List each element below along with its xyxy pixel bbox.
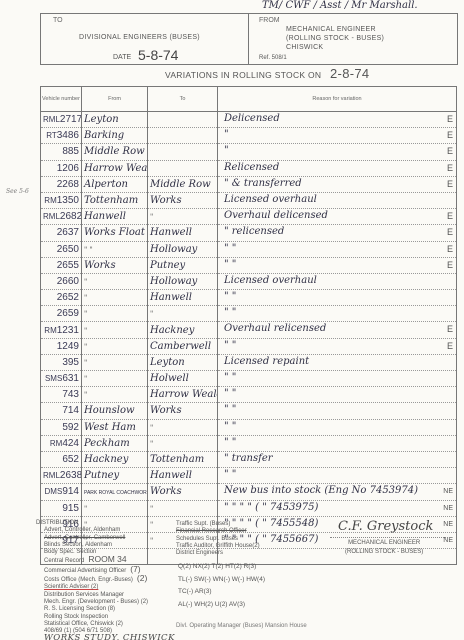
variation-code: E	[447, 179, 453, 189]
from-cell: Middle Row	[82, 144, 148, 160]
distribution-item: Traffic Auditor, Griffith House(2)	[176, 543, 260, 550]
reason-text: Licensed overhaul	[224, 194, 317, 205]
table-row: DMS914PARK ROYAL COACHWORKSWorksNew bus …	[41, 484, 457, 500]
reason-cell: " " " " ( " 7453975)NE	[218, 500, 457, 516]
variation-code: E	[447, 211, 453, 221]
from-cell: "	[82, 371, 148, 387]
table-row: RT3486Barking"E	[41, 128, 457, 144]
from-location: "	[84, 310, 87, 318]
reason-cell: " "	[218, 419, 457, 435]
variation-code: E	[447, 341, 453, 351]
from-line: MECHANICAL ENGINEER	[286, 25, 384, 34]
distribution-item-text: Commercial Advertising Officer	[44, 568, 126, 574]
vehicle-number-cell: SMS631	[41, 371, 82, 387]
distribution-item: Financial Research Officer	[176, 528, 260, 535]
distribution-item: Costs Office (Mech. Engr.-Buses)(2)	[36, 575, 175, 584]
from-cell: Works Float	[82, 225, 148, 241]
from-location: West Ham	[84, 422, 136, 433]
table-row: RM1231"HackneyOverhaul relicensedE	[41, 322, 457, 338]
distribution-item-text: Costs Office (Mech. Engr.-Buses)	[44, 577, 133, 583]
from-sender: MECHANICAL ENGINEER (ROLLING STOCK - BUS…	[286, 25, 384, 52]
variation-code: NE	[443, 488, 453, 495]
vehicle-fleet-number: 2652	[57, 292, 79, 303]
from-location: Works Float	[84, 227, 145, 238]
reason-cell: " "E	[218, 338, 457, 354]
to-location: Holwell	[150, 373, 189, 384]
vehicle-class: RM	[50, 439, 62, 448]
table-row: 2660"HollowayLicensed overhaul	[41, 273, 457, 289]
vehicle-class: DMS	[45, 487, 63, 496]
distribution-item-text: Distribution Services Manager	[44, 592, 124, 598]
vehicle-number-cell: 395	[41, 354, 82, 370]
distribution-item-text: Traffic Supt. (Buses)	[176, 521, 230, 527]
from-location: Works	[84, 260, 116, 271]
vehicle-fleet-number: 915	[62, 503, 79, 514]
to-location: Putney	[150, 260, 185, 271]
reason-text: New bus into stock (Eng No 7453974)	[224, 485, 418, 496]
distribution-right-items: Traffic Supt. (Buses)Financial Research …	[176, 521, 260, 557]
from-cell: Putney	[82, 468, 148, 484]
table-row: 395"LeytonLicensed repaint	[41, 354, 457, 370]
to-cell: Holwell	[148, 371, 218, 387]
distribution-item: Statistical Office, Chiswick (2)	[36, 621, 175, 628]
distribution-item-text: District Engineers	[176, 550, 223, 556]
variation-code: E	[447, 146, 453, 156]
to-cell: Leyton	[148, 354, 218, 370]
reason-cell: RelicensedE	[218, 160, 457, 176]
from-location: Alperton	[84, 179, 128, 190]
table-row: RM424Peckham"" "	[41, 435, 457, 451]
reason-cell: Licensed overhaul	[218, 192, 457, 208]
vehicle-fleet-number: 631	[62, 373, 79, 384]
header-from: From	[82, 87, 148, 112]
from-location: "	[84, 327, 87, 335]
from-line: CHISWICK	[286, 43, 384, 52]
vehicle-class: RM	[44, 196, 56, 205]
vehicle-number-cell: RM424	[41, 435, 82, 451]
reason-text: " "	[224, 291, 236, 302]
vehicle-class: RML	[43, 471, 60, 480]
table-header-row: Vehicle number From To Reason for variat…	[41, 87, 457, 112]
distribution-item-text: Advert, Controller, Aldenham	[44, 527, 120, 533]
reason-text: " " " " ( " 7453975)	[224, 502, 318, 513]
reason-text: Overhaul relicensed	[224, 323, 326, 334]
from-location: "	[84, 278, 87, 286]
signatory-title-line: MECHANICAL ENGINEER	[345, 539, 423, 548]
reason-text: "	[224, 145, 229, 156]
to-location: Works	[150, 486, 182, 497]
to-cell: Tottenham	[148, 451, 218, 467]
vehicle-class: SMS	[45, 374, 62, 383]
vehicle-fleet-number: 2637	[57, 227, 79, 238]
to-location: Holloway	[150, 244, 197, 255]
from-cell: Hackney	[82, 451, 148, 467]
reason-cell: " transfer	[218, 451, 457, 467]
date-label: DATE	[113, 54, 131, 61]
to-location: Harrow Weald	[150, 389, 218, 400]
from-cell: "	[82, 273, 148, 289]
distribution-item-text: Scientific Adviser (2)	[44, 584, 98, 590]
vehicle-fleet-number: 424	[62, 438, 79, 449]
vehicle-fleet-number: 1350	[57, 195, 79, 206]
vehicle-fleet-number: 3486	[57, 130, 79, 141]
vehicle-fleet-number: 743	[62, 389, 79, 400]
vehicle-number-cell: DMS914	[41, 484, 82, 500]
from-location: " "	[84, 246, 93, 254]
to-cell: Camberwell	[148, 338, 218, 354]
vehicle-class: RML	[43, 212, 60, 221]
header-to: To	[148, 87, 218, 112]
reason-cell: Overhaul relicensedE	[218, 322, 457, 338]
from-cell: "	[82, 290, 148, 306]
reason-cell: " "E	[218, 241, 457, 257]
table-row: 2659""" "	[41, 306, 457, 322]
header-divider	[248, 14, 249, 64]
to-location: "	[150, 310, 153, 318]
variation-code: E	[447, 114, 453, 124]
reason-text: " "	[224, 340, 236, 351]
reason-text: " "	[224, 243, 236, 254]
from-cell: PARK ROYAL COACHWORKS	[82, 484, 148, 500]
memo-header: TO DIVISIONAL ENGINEERS (BUSES) DATE 5-8…	[40, 13, 458, 65]
district-code-line: Q(2) NX(2) T(2) HT(2) R(3)	[178, 561, 265, 574]
to-cell: Hanwell	[148, 290, 218, 306]
reason-text: " "	[224, 469, 236, 480]
vehicle-number-cell: 743	[41, 387, 82, 403]
distribution-item-text: Central Record	[44, 558, 84, 564]
distribution-heading: DISTRIBUTION	[36, 520, 175, 527]
table-row: 652HackneyTottenham" transfer	[41, 451, 457, 467]
variation-code: E	[447, 244, 453, 254]
title-text: VARIATIONS IN ROLLING STOCK ON	[165, 70, 321, 80]
vehicle-class: RT	[46, 131, 57, 140]
side-note: See 5-6	[6, 188, 29, 195]
reason-cell: "E	[218, 144, 457, 160]
to-cell: "	[148, 306, 218, 322]
vehicle-fleet-number: 1231	[57, 325, 79, 336]
distribution-item: Advert, Controller, Aldenham	[36, 527, 175, 534]
vehicle-fleet-number: 395	[62, 357, 79, 368]
reason-cell: Licensed repaint	[218, 354, 457, 370]
distribution-item-text: Advert, Controller, Camberwell	[44, 535, 125, 541]
table-row: 743"Harrow Weald" "	[41, 387, 457, 403]
distribution-list: DISTRIBUTION Advert, Controller, Aldenha…	[36, 520, 175, 640]
to-location: Holloway	[150, 276, 197, 287]
from-location: Middle Row	[84, 146, 145, 157]
table-row: 592West Ham"" "	[41, 419, 457, 435]
to-cell: "	[148, 209, 218, 225]
reason-cell: " "E	[218, 257, 457, 273]
from-cell: "	[82, 306, 148, 322]
distribution-item: Rolling Stock Inspection	[36, 614, 175, 621]
variation-code: NE	[443, 521, 453, 528]
from-location: Barking	[84, 130, 124, 141]
table-row: 2650" "Holloway" "E	[41, 241, 457, 257]
variation-code: E	[447, 324, 453, 334]
reason-text: " relicensed	[224, 226, 284, 237]
page-title: VARIATIONS IN ROLLING STOCK ON 2-8-74	[165, 66, 369, 81]
vehicle-fleet-number: 2638	[60, 470, 82, 481]
vehicle-number-cell: RT3486	[41, 128, 82, 144]
distribution-item: Commercial Advertising Officer(7)	[36, 566, 175, 575]
signatory-title: MECHANICAL ENGINEER (ROLLING STOCK - BUS…	[345, 539, 423, 557]
from-cell: Harrow Weald	[82, 160, 148, 176]
reason-text: " "	[224, 372, 236, 383]
to-cell: Holloway	[148, 241, 218, 257]
to-location: "	[150, 213, 153, 221]
from-location: Tottenham	[84, 195, 138, 206]
vehicle-number-cell: 2659	[41, 306, 82, 322]
handwritten-recipient: WORKS STUDY, CHISWICK	[36, 635, 175, 640]
variation-code: E	[447, 260, 453, 270]
to-label: TO	[53, 17, 63, 24]
reason-cell: " "	[218, 290, 457, 306]
distribution-item-text: Statistical Office, Chiswick (2)	[44, 621, 123, 627]
reference-number: Ref. 508/1	[259, 55, 287, 61]
reason-cell: " relicensedE	[218, 225, 457, 241]
vehicle-number-cell: 1249	[41, 338, 82, 354]
vehicle-fleet-number: 2659	[57, 308, 79, 319]
district-code-line: AL(-) WH(2) U(2) AV(3)	[178, 599, 265, 612]
to-cell: Hanwell	[148, 468, 218, 484]
reason-text: " "	[224, 437, 236, 448]
district-codes: Q(2) NX(2) T(2) HT(2) R(3) TL(-) SW(-) W…	[178, 561, 265, 611]
variation-code: E	[447, 163, 453, 173]
vehicle-class: RML	[43, 115, 60, 124]
to-location: Hanwell	[150, 227, 192, 238]
to-cell: Holloway	[148, 273, 218, 289]
header-vehicle-number: Vehicle number	[41, 87, 82, 112]
reason-text: " "	[224, 388, 236, 399]
vehicle-number-cell: 714	[41, 403, 82, 419]
table-row: 915""" " " " ( " 7453975)NE	[41, 500, 457, 516]
to-location: Camberwell	[150, 341, 211, 352]
to-location: Tottenham	[150, 454, 204, 465]
table-row: RML2638PutneyHanwell" "	[41, 468, 457, 484]
reason-cell: "E	[218, 128, 457, 144]
from-location: Harrow Weald	[84, 163, 148, 174]
date-value: 5-8-74	[138, 47, 178, 63]
distribution-item-text: Financial Research Officer	[176, 528, 247, 534]
vehicle-number-cell: RML2682	[41, 209, 82, 225]
variation-code: E	[447, 227, 453, 237]
distribution-left-items: Advert, Controller, AldenhamAdvert, Cont…	[36, 527, 175, 635]
from-cell: Peckham	[82, 435, 148, 451]
reason-text: Delicensed	[224, 113, 280, 124]
vehicle-number-cell: RM1231	[41, 322, 82, 338]
distribution-item: Advert, Controller, Camberwell	[36, 535, 175, 542]
distribution-item: Traffic Supt. (Buses)	[176, 521, 260, 528]
to-cell: Works	[148, 403, 218, 419]
distribution-item: Central RecordROOM 34	[36, 556, 175, 565]
vehicle-number-cell: 2650	[41, 241, 82, 257]
vehicle-number-cell: RML2638	[41, 468, 82, 484]
vehicle-fleet-number: 1249	[57, 341, 79, 352]
vehicle-number-cell: 2655	[41, 257, 82, 273]
table-row: RM1350TottenhamWorksLicensed overhaul	[41, 192, 457, 208]
reason-text: " "	[224, 421, 236, 432]
routing-text: TM/ CWF / Asst / Mr Marshall.	[262, 0, 418, 11]
reason-cell: Overhaul delicensedE	[218, 209, 457, 225]
from-location: Hanwell	[84, 211, 126, 222]
vehicle-fleet-number: 1206	[57, 163, 79, 174]
header-reason: Reason for variation	[218, 87, 457, 112]
from-label: FROM	[259, 17, 280, 24]
distribution-right: Traffic Supt. (Buses)Financial Research …	[176, 521, 260, 557]
distribution-item: Scientific Adviser (2)	[36, 584, 175, 591]
vehicle-fleet-number: 914	[62, 486, 79, 497]
distribution-item-text: Schedules Supt. Buses	[176, 536, 238, 542]
table-row: RML2682Hanwell"Overhaul delicensedE	[41, 209, 457, 225]
to-cell: "	[148, 500, 218, 516]
from-cell: Hanwell	[82, 209, 148, 225]
to-recipient: DIVISIONAL ENGINEERS (BUSES)	[79, 34, 200, 41]
distribution-item-text: Mech. Engr. (Development - Buses) (2)	[44, 599, 148, 605]
to-cell: "	[148, 435, 218, 451]
vehicle-fleet-number: 592	[62, 422, 79, 433]
reason-cell: New bus into stock (Eng No 7453974)NE	[218, 484, 457, 500]
from-cell: "	[82, 354, 148, 370]
to-location: Hanwell	[150, 470, 192, 481]
reason-cell: Licensed overhaul	[218, 273, 457, 289]
to-location: Leyton	[150, 357, 185, 368]
from-line: (ROLLING STOCK - BUSES)	[286, 34, 384, 43]
distribution-item: Blinds Section, Aldenham	[36, 542, 175, 549]
vehicle-number-cell: 2637	[41, 225, 82, 241]
vehicle-fleet-number: 2655	[57, 260, 79, 271]
handwritten-note: (2)	[137, 573, 147, 583]
from-cell: West Ham	[82, 419, 148, 435]
variation-code: NE	[443, 505, 453, 512]
reason-cell: " "	[218, 387, 457, 403]
distribution-item-text: Rolling Stock Inspection	[44, 614, 108, 620]
signature-line	[330, 537, 450, 538]
district-code-line: TL(-) SW(-) WN(-) W(-) HW(4)	[178, 574, 265, 587]
vehicle-number-cell: 915	[41, 500, 82, 516]
table-row: 1249"Camberwell" "E	[41, 338, 457, 354]
table-row: 2637Works FloatHanwell" relicensedE	[41, 225, 457, 241]
reason-text: " "	[224, 307, 236, 318]
table-row: 714HounslowWorks" "	[41, 403, 457, 419]
from-cell: "	[82, 500, 148, 516]
handwritten-note: (2)	[252, 543, 259, 549]
to-cell	[148, 144, 218, 160]
reason-text: " "	[224, 259, 236, 270]
to-cell: Harrow Weald	[148, 387, 218, 403]
from-cell: Alperton	[82, 176, 148, 192]
handwritten-note: ROOM 34	[88, 554, 126, 564]
from-location: Putney	[84, 470, 119, 481]
signatory-title-line: (ROLLING STOCK - BUSES)	[345, 548, 423, 557]
signature: C.F. Greystock	[338, 519, 433, 534]
table-row: 1206Harrow WealdRelicensedE	[41, 160, 457, 176]
vehicle-number-cell: RM1350	[41, 192, 82, 208]
vehicle-fleet-number: 2717	[60, 114, 82, 125]
distribution-item-text: Blinds Section, Aldenham	[44, 542, 112, 548]
divisional-manager: Divl. Operating Manager (Buses) Mansion …	[176, 623, 307, 629]
from-location: "	[84, 294, 87, 302]
from-cell: Hounslow	[82, 403, 148, 419]
table-row: 2652"Hanwell" "	[41, 290, 457, 306]
to-location: Hanwell	[150, 292, 192, 303]
variations-table: Vehicle number From To Reason for variat…	[40, 86, 457, 565]
to-cell: Works	[148, 192, 218, 208]
reason-cell: " "	[218, 468, 457, 484]
to-cell: Middle Row	[148, 176, 218, 192]
reason-text: " "	[224, 404, 236, 415]
to-location: Works	[150, 195, 182, 206]
to-location: Hackney	[150, 325, 194, 336]
routing-annotation: TM/ CWF / Asst / Mr Marshall.	[262, 0, 418, 11]
reason-text: Overhaul delicensed	[224, 210, 328, 221]
to-cell: Putney	[148, 257, 218, 273]
district-code-line: TC(-) AR(3)	[178, 586, 265, 599]
vehicle-fleet-number: 2682	[60, 211, 82, 222]
reason-text: " transfer	[224, 453, 273, 464]
vehicle-number-cell: 2268	[41, 176, 82, 192]
distribution-item: Distribution Services Manager	[36, 592, 175, 599]
distribution-item: Mech. Engr. (Development - Buses) (2)	[36, 599, 175, 606]
from-location: "	[84, 375, 87, 383]
reason-cell: " "	[218, 306, 457, 322]
to-location: "	[150, 440, 153, 448]
reason-text: Licensed repaint	[224, 356, 309, 367]
distribution-item: District Engineers	[176, 550, 260, 557]
from-cell: Leyton	[82, 112, 148, 128]
vehicle-number-cell: 885	[41, 144, 82, 160]
title-date: 2-8-74	[330, 66, 369, 81]
distribution-item: Schedules Supt. Buses	[176, 536, 260, 543]
reason-cell: " "	[218, 371, 457, 387]
vehicle-fleet-number: 2268	[57, 179, 79, 190]
distribution-item-text: Traffic Auditor, Griffith House	[176, 543, 252, 549]
reason-cell: " & transferredE	[218, 176, 457, 192]
table-row: 885Middle Row"E	[41, 144, 457, 160]
table-row: 2655WorksPutney" "E	[41, 257, 457, 273]
to-cell: Hackney	[148, 322, 218, 338]
reason-cell: " "	[218, 435, 457, 451]
vehicle-fleet-number: 714	[62, 405, 79, 416]
vehicle-fleet-number: 2650	[57, 244, 79, 255]
vehicle-fleet-number: 652	[62, 454, 79, 465]
vehicle-class: RM	[44, 326, 56, 335]
distribution-item-text: R. S. Licensing Section (8)	[44, 606, 115, 612]
vehicle-number-cell: 652	[41, 451, 82, 467]
distribution-item: R. S. Licensing Section (8)	[36, 606, 175, 613]
from-location: "	[84, 391, 87, 399]
reason-text: Relicensed	[224, 162, 279, 173]
from-cell: Barking	[82, 128, 148, 144]
table-body: RML2717LeytonDelicensedERT3486Barking"E8…	[41, 112, 457, 565]
to-location: "	[150, 424, 153, 432]
from-location: "	[84, 359, 87, 367]
vehicle-fleet-number: 885	[62, 146, 79, 157]
variation-code: E	[447, 130, 453, 140]
reason-text: " & transferred	[224, 178, 302, 189]
from-cell: Tottenham	[82, 192, 148, 208]
to-cell: "	[148, 419, 218, 435]
table-row: RML2717LeytonDelicensedE	[41, 112, 457, 128]
vehicle-number-cell: 592	[41, 419, 82, 435]
vehicle-number-cell: RML2717	[41, 112, 82, 128]
from-location: Hackney	[84, 454, 128, 465]
from-location: Peckham	[84, 438, 130, 449]
from-location: PARK ROYAL COACHWORKS	[84, 490, 148, 496]
to-location: Middle Row	[150, 179, 211, 190]
from-cell: "	[82, 338, 148, 354]
from-cell: " "	[82, 241, 148, 257]
table-row: 2268AlpertonMiddle Row" & transferredE	[41, 176, 457, 192]
